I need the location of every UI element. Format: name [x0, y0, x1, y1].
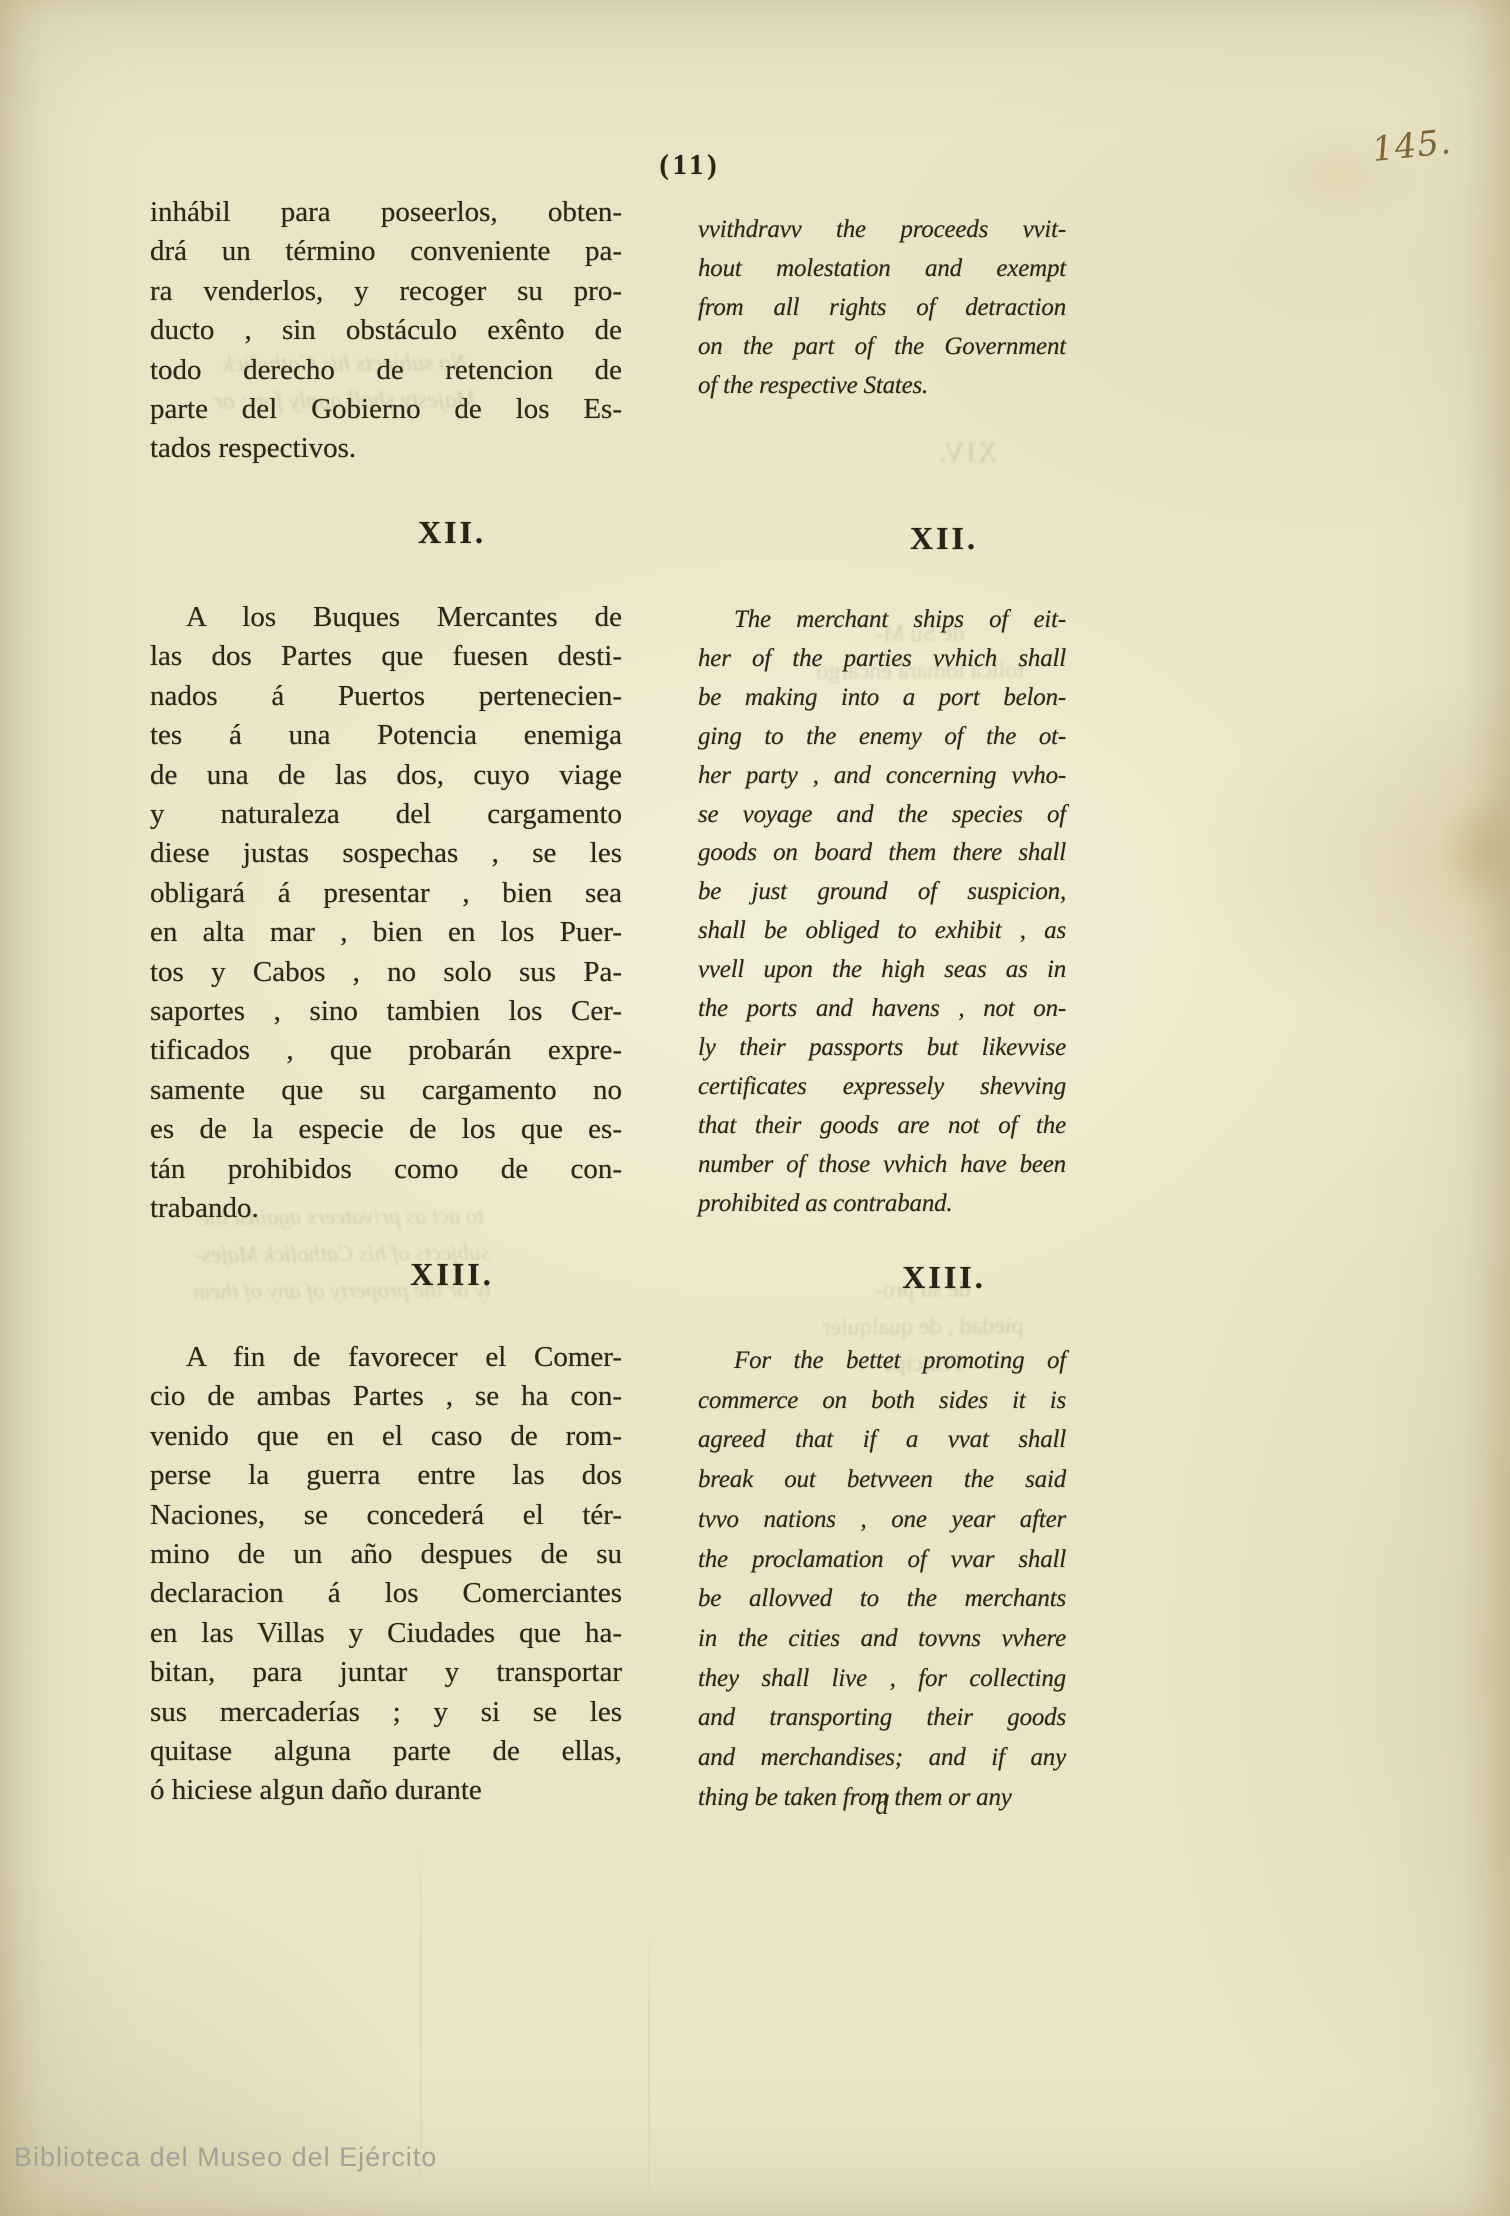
text-line: the proclamation of vvar shall	[698, 1540, 1066, 1580]
text-line: nados á Puertos pertenecien-	[150, 677, 622, 716]
text-line: sus mercaderías ; y si se les	[150, 1693, 622, 1732]
text-line: todo derecho de retencion de	[150, 351, 622, 390]
text-line: they shall live , for collecting	[698, 1659, 1066, 1699]
text-line: number of those vvhich have been	[698, 1146, 1066, 1185]
text-line: mino de un año despues de su	[150, 1535, 622, 1574]
text-line: The merchant ships of eit-	[698, 601, 1066, 640]
text-line: that their goods are not of the	[698, 1107, 1066, 1146]
text-line: samente que su cargamento no	[150, 1071, 622, 1110]
article-heading-xiii: XIII.	[216, 1256, 688, 1293]
text-line: ly their passports but likevvise	[698, 1029, 1066, 1068]
text-line: ra venderlos, y recoger su pro-	[150, 272, 622, 311]
text-line: break out betvveen the said	[698, 1460, 1066, 1500]
article-heading-xii: XII.	[760, 520, 1128, 557]
text-line: parte del Gobierno de los Es-	[150, 390, 622, 429]
text-line: venido que en el caso de rom-	[150, 1417, 622, 1456]
text-line: saportes , sino tambien los Cer-	[150, 992, 622, 1031]
article-heading-xii: XII.	[216, 514, 688, 551]
text-line: from all rights of detraction	[698, 289, 1066, 328]
text-line: tados respectivos.	[150, 429, 622, 468]
text-line: de una de las dos, cuyo viage	[150, 756, 622, 795]
handwritten-folio-number: 145.	[1370, 122, 1453, 170]
text-line: be making into a port belon-	[698, 679, 1066, 718]
text-line: agreed that if a vvat shall	[698, 1420, 1066, 1460]
text-line: vvell upon the high seas as in	[698, 951, 1066, 990]
text-line: perse la guerra entre las dos	[150, 1456, 622, 1495]
text-line: declaracion á los Comerciantes	[150, 1574, 622, 1613]
text-line: tos y Cabos , no solo sus Pa-	[150, 953, 622, 992]
text-line: tvvo nations , one year after	[698, 1500, 1066, 1540]
text-line: her party , and concerning vvho-	[698, 757, 1066, 796]
text-line: ducto , sin obstáculo exênto de	[150, 311, 622, 350]
scanned-document-page: { "page": { "page_number": "(11)", "hand…	[0, 0, 1510, 2216]
text-line: cio de ambas Partes , se ha con-	[150, 1377, 622, 1416]
text-line: diese justas sospechas , se les	[150, 834, 622, 873]
paragraph: vvithdravv the proceeds vvit-hout molest…	[698, 211, 1066, 406]
text-line: on the part of the Government	[698, 328, 1066, 367]
paper-crease	[648, 1930, 650, 2216]
paragraph: A los Buques Mercantes delas dos Partes …	[150, 598, 622, 1229]
english-column: vvithdravv the proceeds vvit-hout molest…	[698, 0, 1066, 2216]
text-line: Naciones, se concederá el tér-	[150, 1496, 622, 1535]
text-line: of the respective States.	[698, 367, 1066, 406]
text-line: obligará á presentar , bien sea	[150, 874, 622, 913]
text-line: be just ground of suspicion,	[698, 873, 1066, 912]
text-line: drá un término conveniente pa-	[150, 232, 622, 271]
text-line: es de la especie de los que es-	[150, 1110, 622, 1149]
text-line: and transporting their goods	[698, 1698, 1066, 1738]
text-line: se voyage and the species of	[698, 796, 1066, 835]
text-line: tificados , que probarán expre-	[150, 1031, 622, 1070]
paragraph: For the bettet promoting ofcommerce on b…	[698, 1341, 1066, 1817]
paragraph: A fin de favorecer el Comer-cio de ambas…	[150, 1338, 622, 1811]
text-line: A fin de favorecer el Comer-	[150, 1338, 622, 1377]
text-line: and merchandises; and if any	[698, 1738, 1066, 1778]
paragraph: inhábil para poseerlos, obten-drá un tér…	[150, 193, 622, 469]
paper-stain	[1440, 790, 1510, 910]
text-line: vvithdravv the proceeds vvit-	[698, 211, 1066, 250]
library-watermark: Biblioteca del Museo del Ejército	[14, 2142, 437, 2173]
text-line: For the bettet promoting of	[698, 1341, 1066, 1381]
article-heading-xiii: XIII.	[760, 1259, 1128, 1296]
text-line: hout molestation and exempt	[698, 250, 1066, 289]
text-line: trabando.	[150, 1189, 622, 1228]
text-line: commerce on both sides it is	[698, 1381, 1066, 1421]
text-line: her of the parties vvhich shall	[698, 640, 1066, 679]
text-line: las dos Partes que fuesen desti-	[150, 637, 622, 676]
text-line: certificates expressely shevving	[698, 1068, 1066, 1107]
catchword: d	[698, 1790, 1066, 1821]
text-line: tán prohibidos como de con-	[150, 1150, 622, 1189]
spanish-column: inhábil para poseerlos, obten-drá un tér…	[150, 0, 622, 2216]
text-line: goods on board them there shall	[698, 834, 1066, 873]
text-line: ging to the enemy of the ot-	[698, 718, 1066, 757]
text-line: quitase alguna parte de ellas,	[150, 1732, 622, 1771]
text-line: in the cities and tovvns vvhere	[698, 1619, 1066, 1659]
text-line: the ports and havens , not on-	[698, 990, 1066, 1029]
text-line: be allovved to the merchants	[698, 1579, 1066, 1619]
paragraph: The merchant ships of eit-her of the par…	[698, 601, 1066, 1224]
text-line: y naturaleza del cargamento	[150, 795, 622, 834]
text-line: ó hiciese algun daño durante	[150, 1771, 622, 1810]
text-line: inhábil para poseerlos, obten-	[150, 193, 622, 232]
text-line: en las Villas y Ciudades que ha-	[150, 1614, 622, 1653]
text-line: bitan, para juntar y transportar	[150, 1653, 622, 1692]
text-line: tes á una Potencia enemiga	[150, 716, 622, 755]
text-line: en alta mar , bien en los Puer-	[150, 913, 622, 952]
text-line: prohibited as contraband.	[698, 1185, 1066, 1224]
text-line: shall be obliged to exhibit , as	[698, 912, 1066, 951]
text-line: A los Buques Mercantes de	[150, 598, 622, 637]
